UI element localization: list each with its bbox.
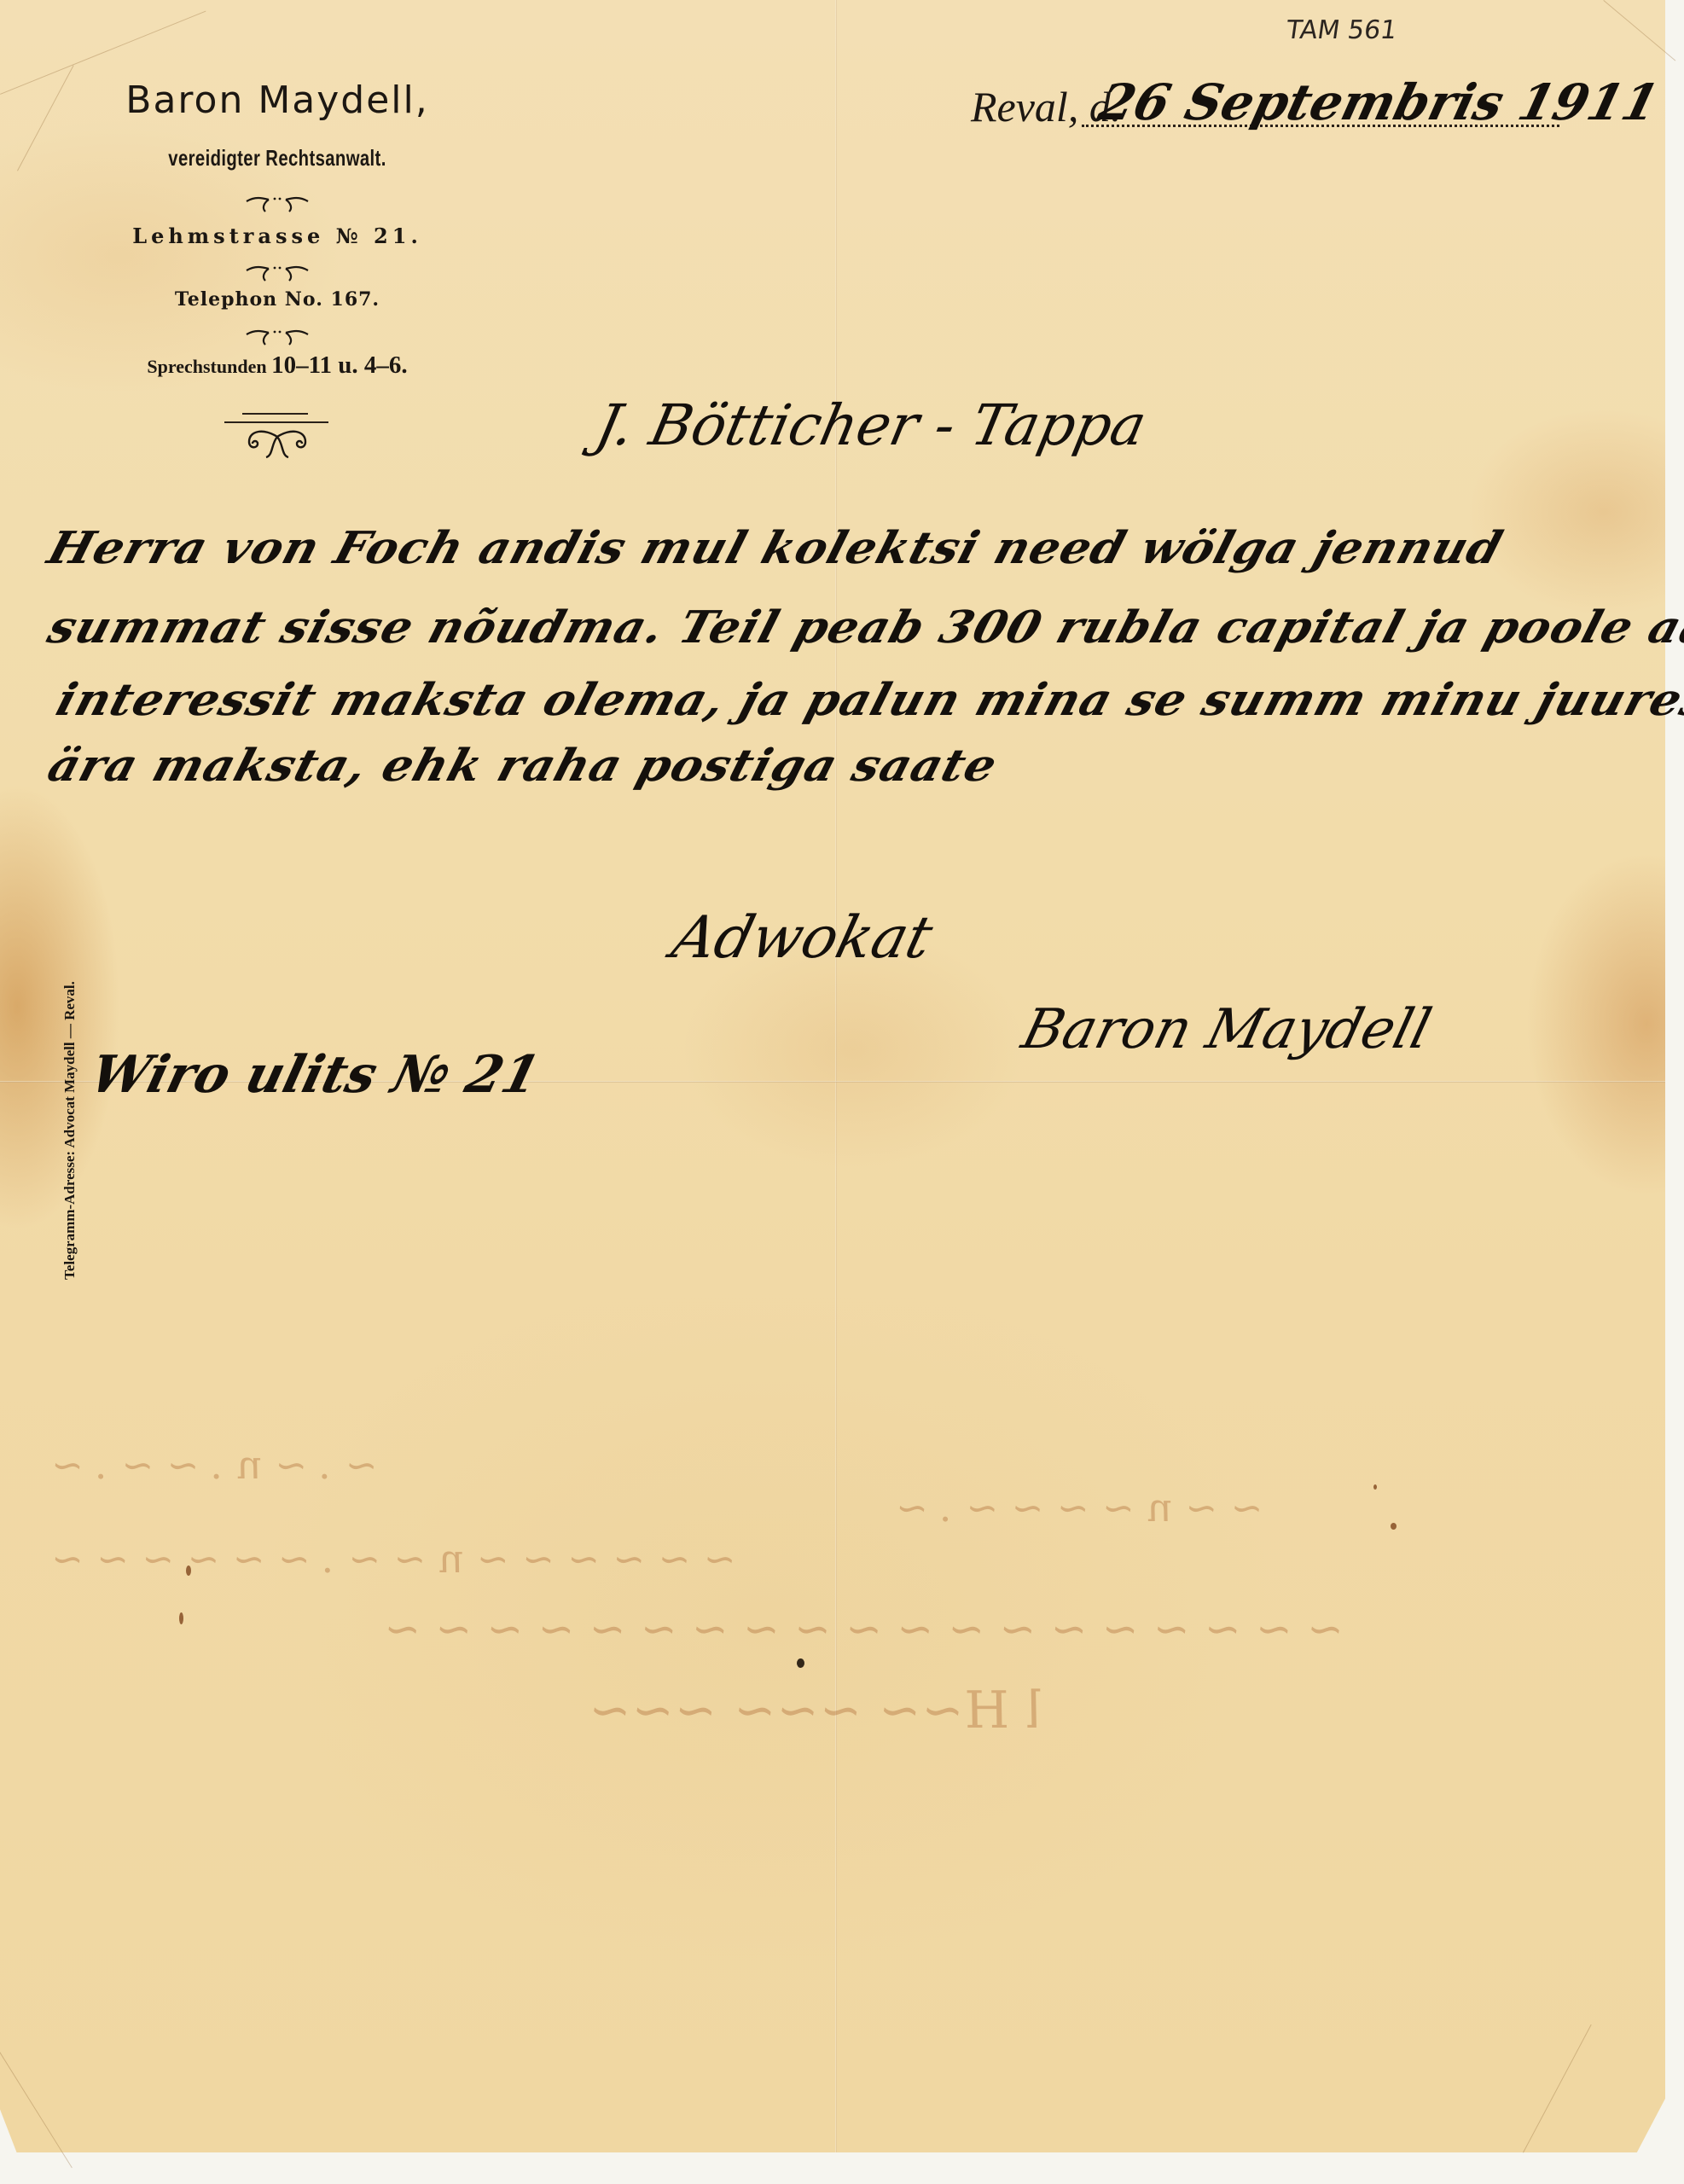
archive-mark: TAM 561 bbox=[1285, 15, 1399, 45]
office-hours-value: 10–11 u. 4–6. bbox=[271, 351, 408, 379]
closing-title: Adwokat bbox=[665, 904, 939, 972]
dateline-date: 26 Septembris 1911 bbox=[1094, 73, 1665, 131]
ornament-icon bbox=[243, 264, 311, 284]
bleed-mark: ~ ~ n ~ ~ ~ ~ . ~ bbox=[891, 1484, 1268, 1531]
body-line: interessit maksta olema, ja palun mina s… bbox=[50, 674, 1684, 726]
office-hours-label: Sprechstunden bbox=[147, 356, 266, 377]
bleed-mark: ~ ~ ~ ~ ~ ~ ~ ~ ~ ~ ~ ~ ~ ~ ~ ~ ~ ~ ~ bbox=[380, 1604, 1349, 1655]
sender-address: Wiro ulits № 21 bbox=[84, 1045, 545, 1105]
ink-spot bbox=[179, 1612, 183, 1624]
letterhead-name: Baron Maydell, bbox=[85, 78, 469, 122]
addressee: J. Bötticher - Tappa bbox=[590, 392, 1152, 458]
vertical-fold-crease bbox=[835, 0, 837, 2152]
bleed-mark: l H~~ ~~~ ~~~ bbox=[584, 1681, 1047, 1740]
ink-spot bbox=[797, 1658, 804, 1668]
bleed-mark: ~ . ~ n . ~ ~ . ~ bbox=[47, 1442, 382, 1488]
signature: Baron Maydell bbox=[1016, 998, 1437, 1061]
letterhead-office-hours: Sprechstunden 10–11 u. 4–6. bbox=[85, 351, 469, 380]
letterhead-rule bbox=[242, 413, 308, 415]
ink-spot bbox=[186, 1565, 191, 1576]
ink-spot bbox=[1373, 1484, 1377, 1490]
letterhead-phone: Telephon No. 167. bbox=[85, 288, 469, 311]
bleed-mark: ~ ~ ~ ~ ~ ~ n ~ ~ . ~ ~ ~ ~ ~ ~ bbox=[47, 1536, 740, 1582]
scroll-ornament-icon bbox=[239, 427, 316, 462]
body-line: ära maksta, ehk raha postiga saate bbox=[42, 740, 1003, 792]
body-line: Herra von Foch andis mul kolektsi need w… bbox=[42, 522, 1508, 574]
ornament-icon bbox=[243, 328, 311, 348]
letterhead-street: Lehmstrasse № 21. bbox=[85, 224, 469, 248]
letterhead-rule bbox=[224, 421, 328, 423]
telegram-address: Telegramm-Adresse: Advocat Maydell — Rev… bbox=[61, 836, 78, 1280]
body-line: summat sisse nõudma. Teil peab 300 rubla… bbox=[42, 601, 1684, 653]
ornament-icon bbox=[243, 195, 311, 215]
ink-spot bbox=[1391, 1523, 1397, 1530]
letterhead-title: vereidigter Rechtsanwalt. bbox=[128, 145, 427, 171]
